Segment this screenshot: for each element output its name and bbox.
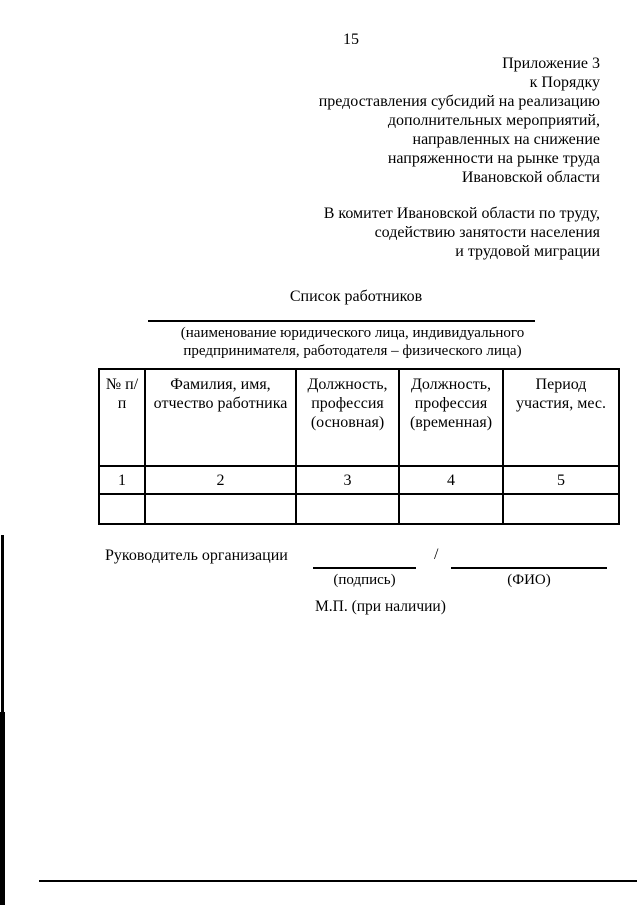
table-cell — [145, 494, 296, 524]
bottom-page-rule — [39, 880, 637, 882]
addressee-line: и трудовой миграции — [180, 242, 600, 261]
page-number: 15 — [336, 31, 366, 49]
header-cell-period: Период участия, мес. — [503, 369, 619, 466]
organization-caption-line: (наименование юридического лица, индивид… — [130, 325, 575, 343]
signature-line — [313, 567, 416, 569]
appendix-reference: Приложение 3 к Порядку предоставления су… — [180, 54, 600, 187]
table-row — [99, 494, 619, 524]
table-cell — [296, 494, 399, 524]
full-name-caption: (ФИО) — [451, 572, 607, 589]
organization-caption-line: предпринимателя, работодателя – физическ… — [130, 343, 575, 361]
table-header-row: № п/п Фамилия, имя, отчество работника Д… — [99, 369, 619, 466]
appendix-line: дополнительных мероприятий, — [180, 111, 600, 130]
full-name-line — [451, 567, 607, 569]
table-cell — [399, 494, 503, 524]
header-cell-name: Фамилия, имя, отчество работника — [145, 369, 296, 466]
appendix-line: напряженности на рынке труда — [180, 149, 600, 168]
appendix-line: Ивановской области — [180, 168, 600, 187]
header-cell-position-temp: Должность, профессия (временная) — [399, 369, 503, 466]
column-numbering-row: 1 2 3 4 5 — [99, 466, 619, 494]
addressee: В комитет Ивановской области по труду, с… — [180, 204, 600, 261]
appendix-line: предоставления субсидий на реализацию — [180, 92, 600, 111]
numbering-cell: 4 — [399, 466, 503, 494]
header-cell-position-main: Должность, профессия (основная) — [296, 369, 399, 466]
stamp-note: М.П. (при наличии) — [315, 598, 446, 616]
form-title: Список работников — [100, 288, 612, 306]
appendix-line: направленных на снижение — [180, 130, 600, 149]
organization-name-caption: (наименование юридического лица, индивид… — [130, 325, 575, 360]
workers-table: № п/п Фамилия, имя, отчество работника Д… — [98, 368, 620, 525]
numbering-cell: 2 — [145, 466, 296, 494]
numbering-cell: 1 — [99, 466, 145, 494]
signature-role-label: Руководитель организации — [105, 547, 288, 565]
signature-separator: / — [434, 546, 438, 564]
table-cell — [503, 494, 619, 524]
header-cell-number: № п/п — [99, 369, 145, 466]
left-margin-rule-thick — [0, 712, 5, 905]
numbering-cell: 5 — [503, 466, 619, 494]
table-cell — [99, 494, 145, 524]
numbering-cell: 3 — [296, 466, 399, 494]
appendix-line: Приложение 3 — [180, 54, 600, 73]
appendix-line: к Порядку — [180, 73, 600, 92]
organization-name-line — [148, 320, 535, 322]
signature-caption: (подпись) — [313, 572, 416, 589]
addressee-line: содействию занятости населения — [180, 223, 600, 242]
addressee-line: В комитет Ивановской области по труду, — [180, 204, 600, 223]
